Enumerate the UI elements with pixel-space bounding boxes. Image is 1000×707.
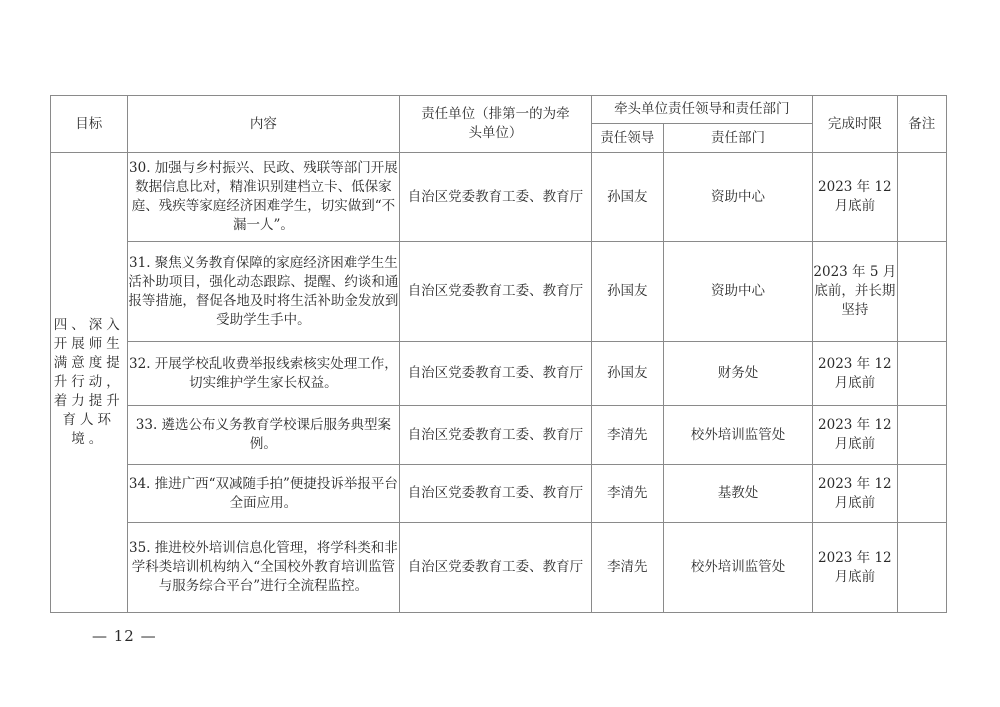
department-cell: 校外培训监管处 [664, 523, 813, 613]
content-cell: 33. 遴选公布义务教育学校课后服务典型案例。 [127, 406, 400, 465]
table-row: 31. 聚焦义务教育保障的家庭经济困难学生生活补助项目，强化动态跟踪、提醒、约谈… [51, 242, 947, 342]
header-responsible-unit: 责任单位（排第一的为牵头单位） [400, 96, 591, 153]
deadline-cell: 2023 年 12 月底前 [813, 406, 898, 465]
table-row: 四、深入开展师生满意度提升行动，着力提升育人环境。 30. 加强与乡村振兴、民政… [51, 153, 947, 242]
content-cell: 30. 加强与乡村振兴、民政、残联等部门开展数据信息比对，精准识别建档立卡、低保… [127, 153, 400, 242]
deadline-cell: 2023 年 12 月底前 [813, 523, 898, 613]
unit-cell: 自治区党委教育工委、教育厅 [400, 342, 591, 406]
leader-cell: 李清先 [591, 465, 663, 523]
unit-cell: 自治区党委教育工委、教育厅 [400, 242, 591, 342]
header-lead-group: 牵头单位责任领导和责任部门 [591, 96, 812, 124]
goal-cell: 四、深入开展师生满意度提升行动，着力提升育人环境。 [51, 153, 128, 613]
header-leader: 责任领导 [591, 124, 663, 153]
content-cell: 31. 聚焦义务教育保障的家庭经济困难学生生活补助项目，强化动态跟踪、提醒、约谈… [127, 242, 400, 342]
header-content: 内容 [127, 96, 400, 153]
department-cell: 财务处 [664, 342, 813, 406]
unit-cell: 自治区党委教育工委、教育厅 [400, 523, 591, 613]
content-cell: 32. 开展学校乱收费举报线索核实处理工作，切实维护学生家长权益。 [127, 342, 400, 406]
leader-cell: 孙国友 [591, 242, 663, 342]
table-row: 32. 开展学校乱收费举报线索核实处理工作，切实维护学生家长权益。 自治区党委教… [51, 342, 947, 406]
deadline-cell: 2023 年 12 月底前 [813, 153, 898, 242]
note-cell [897, 242, 946, 342]
header-note: 备注 [897, 96, 946, 153]
department-cell: 校外培训监管处 [664, 406, 813, 465]
leader-cell: 李清先 [591, 406, 663, 465]
note-cell [897, 153, 946, 242]
unit-cell: 自治区党委教育工委、教育厅 [400, 153, 591, 242]
note-cell [897, 342, 946, 406]
deadline-cell: 2023 年 12 月底前 [813, 342, 898, 406]
content-cell: 34. 推进广西“双减随手拍”便捷投诉举报平台全面应用。 [127, 465, 400, 523]
unit-cell: 自治区党委教育工委、教育厅 [400, 406, 591, 465]
unit-cell: 自治区党委教育工委、教育厅 [400, 465, 591, 523]
note-cell [897, 406, 946, 465]
content-cell: 35. 推进校外培训信息化管理，将学科类和非学科类培训机构纳入“全国校外教育培训… [127, 523, 400, 613]
table-row: 34. 推进广西“双减随手拍”便捷投诉举报平台全面应用。 自治区党委教育工委、教… [51, 465, 947, 523]
department-cell: 资助中心 [664, 153, 813, 242]
leader-cell: 孙国友 [591, 153, 663, 242]
note-cell [897, 465, 946, 523]
header-department: 责任部门 [664, 124, 813, 153]
deadline-cell: 2023 年 5 月底前，并长期坚持 [813, 242, 898, 342]
header-goal: 目标 [51, 96, 128, 153]
leader-cell: 李清先 [591, 523, 663, 613]
deadline-cell: 2023 年 12 月底前 [813, 465, 898, 523]
department-cell: 资助中心 [664, 242, 813, 342]
page-number: — 12 — [92, 627, 157, 645]
header-deadline: 完成时限 [813, 96, 898, 153]
department-cell: 基教处 [664, 465, 813, 523]
leader-cell: 孙国友 [591, 342, 663, 406]
task-table: 目标 内容 责任单位（排第一的为牵头单位） 牵头单位责任领导和责任部门 完成时限… [50, 95, 947, 613]
table-row: 33. 遴选公布义务教育学校课后服务典型案例。 自治区党委教育工委、教育厅 李清… [51, 406, 947, 465]
table-row: 35. 推进校外培训信息化管理，将学科类和非学科类培训机构纳入“全国校外教育培训… [51, 523, 947, 613]
note-cell [897, 523, 946, 613]
